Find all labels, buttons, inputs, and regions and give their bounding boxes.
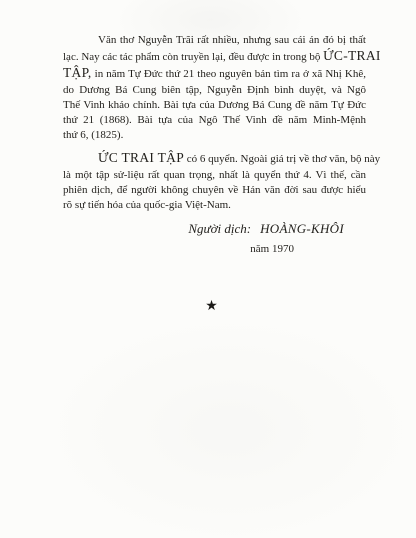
star-icon: ★ [0,298,416,315]
translator-line: Người dịch:HOÀNG-KHÔI [63,221,366,237]
body-text: Văn thơ Nguyễn Trãi rất nhiều, nhưng sau… [98,34,366,46]
paragraph: ỨC TRAI TẬP có 6 quyển. Ngoài giá trị về… [63,150,366,213]
book-title-text: ỨC-TRAI [323,48,381,63]
body-text: lạc. Nay các tác phẩm còn truyền lại, đề… [63,51,323,63]
text-line: TẬP, in năm Tự Đức thứ 21 theo nguyên bả… [63,65,366,82]
book-page: Văn thơ Nguyễn Trãi rất nhiều, nhưng sau… [0,0,416,538]
book-title-text: ỨC TRAI TẬP [98,150,184,165]
text-line: phiên dịch, để người không chuyên về Hán… [63,183,366,198]
text-line: Văn thơ Nguyễn Trãi rất nhiều, nhưng sau… [63,33,366,48]
body-text: rõ sự tiến hóa của quốc-gia Việt-Nam. [63,199,231,211]
year-line: năm 1970 [63,242,366,256]
translator-name: HOÀNG-KHÔI [260,221,344,236]
body-text: Thế Vinh khảo chính. Bài tựa của Dương B… [63,99,366,111]
text-line: là một tập sử-liệu rất quan trọng, nhất … [63,168,366,183]
text-line: lạc. Nay các tác phẩm còn truyền lại, đề… [63,48,366,65]
text-line: rõ sự tiến hóa của quốc-gia Việt-Nam. [63,198,366,213]
text-block: Văn thơ Nguyễn Trãi rất nhiều, nhưng sau… [63,33,366,256]
body-text: thứ 21 (1868). Bài tựa của Ngô Thế Vinh … [63,114,366,126]
body-text: in năm Tự Đức thứ 21 theo nguyên bản tìm… [92,68,366,80]
book-title-text: TẬP, [63,65,92,80]
text-line: ỨC TRAI TẬP có 6 quyển. Ngoài giá trị về… [63,150,366,167]
body-text: có 6 quyển. Ngoài giá trị về thơ văn, bộ… [184,153,380,165]
translator-label: Người dịch: [188,221,251,236]
text-line: thứ 21 (1868). Bài tựa của Ngô Thế Vinh … [63,113,366,128]
body-text: phiên dịch, để người không chuyên về Hán… [63,184,366,196]
text-line: do Dương Bá Cung biên tập, Nguyễn Định b… [63,83,366,98]
body-text: là một tập sử-liệu rất quan trọng, nhất … [63,169,366,181]
paragraph: Văn thơ Nguyễn Trãi rất nhiều, nhưng sau… [63,33,366,143]
paragraphs-container: Văn thơ Nguyễn Trãi rất nhiều, nhưng sau… [63,33,366,213]
body-text: do Dương Bá Cung biên tập, Nguyễn Định b… [63,84,366,96]
body-text: thứ 6, (1825). [63,129,123,141]
text-line: Thế Vinh khảo chính. Bài tựa của Dương B… [63,98,366,113]
text-line: thứ 6, (1825). [63,128,366,143]
